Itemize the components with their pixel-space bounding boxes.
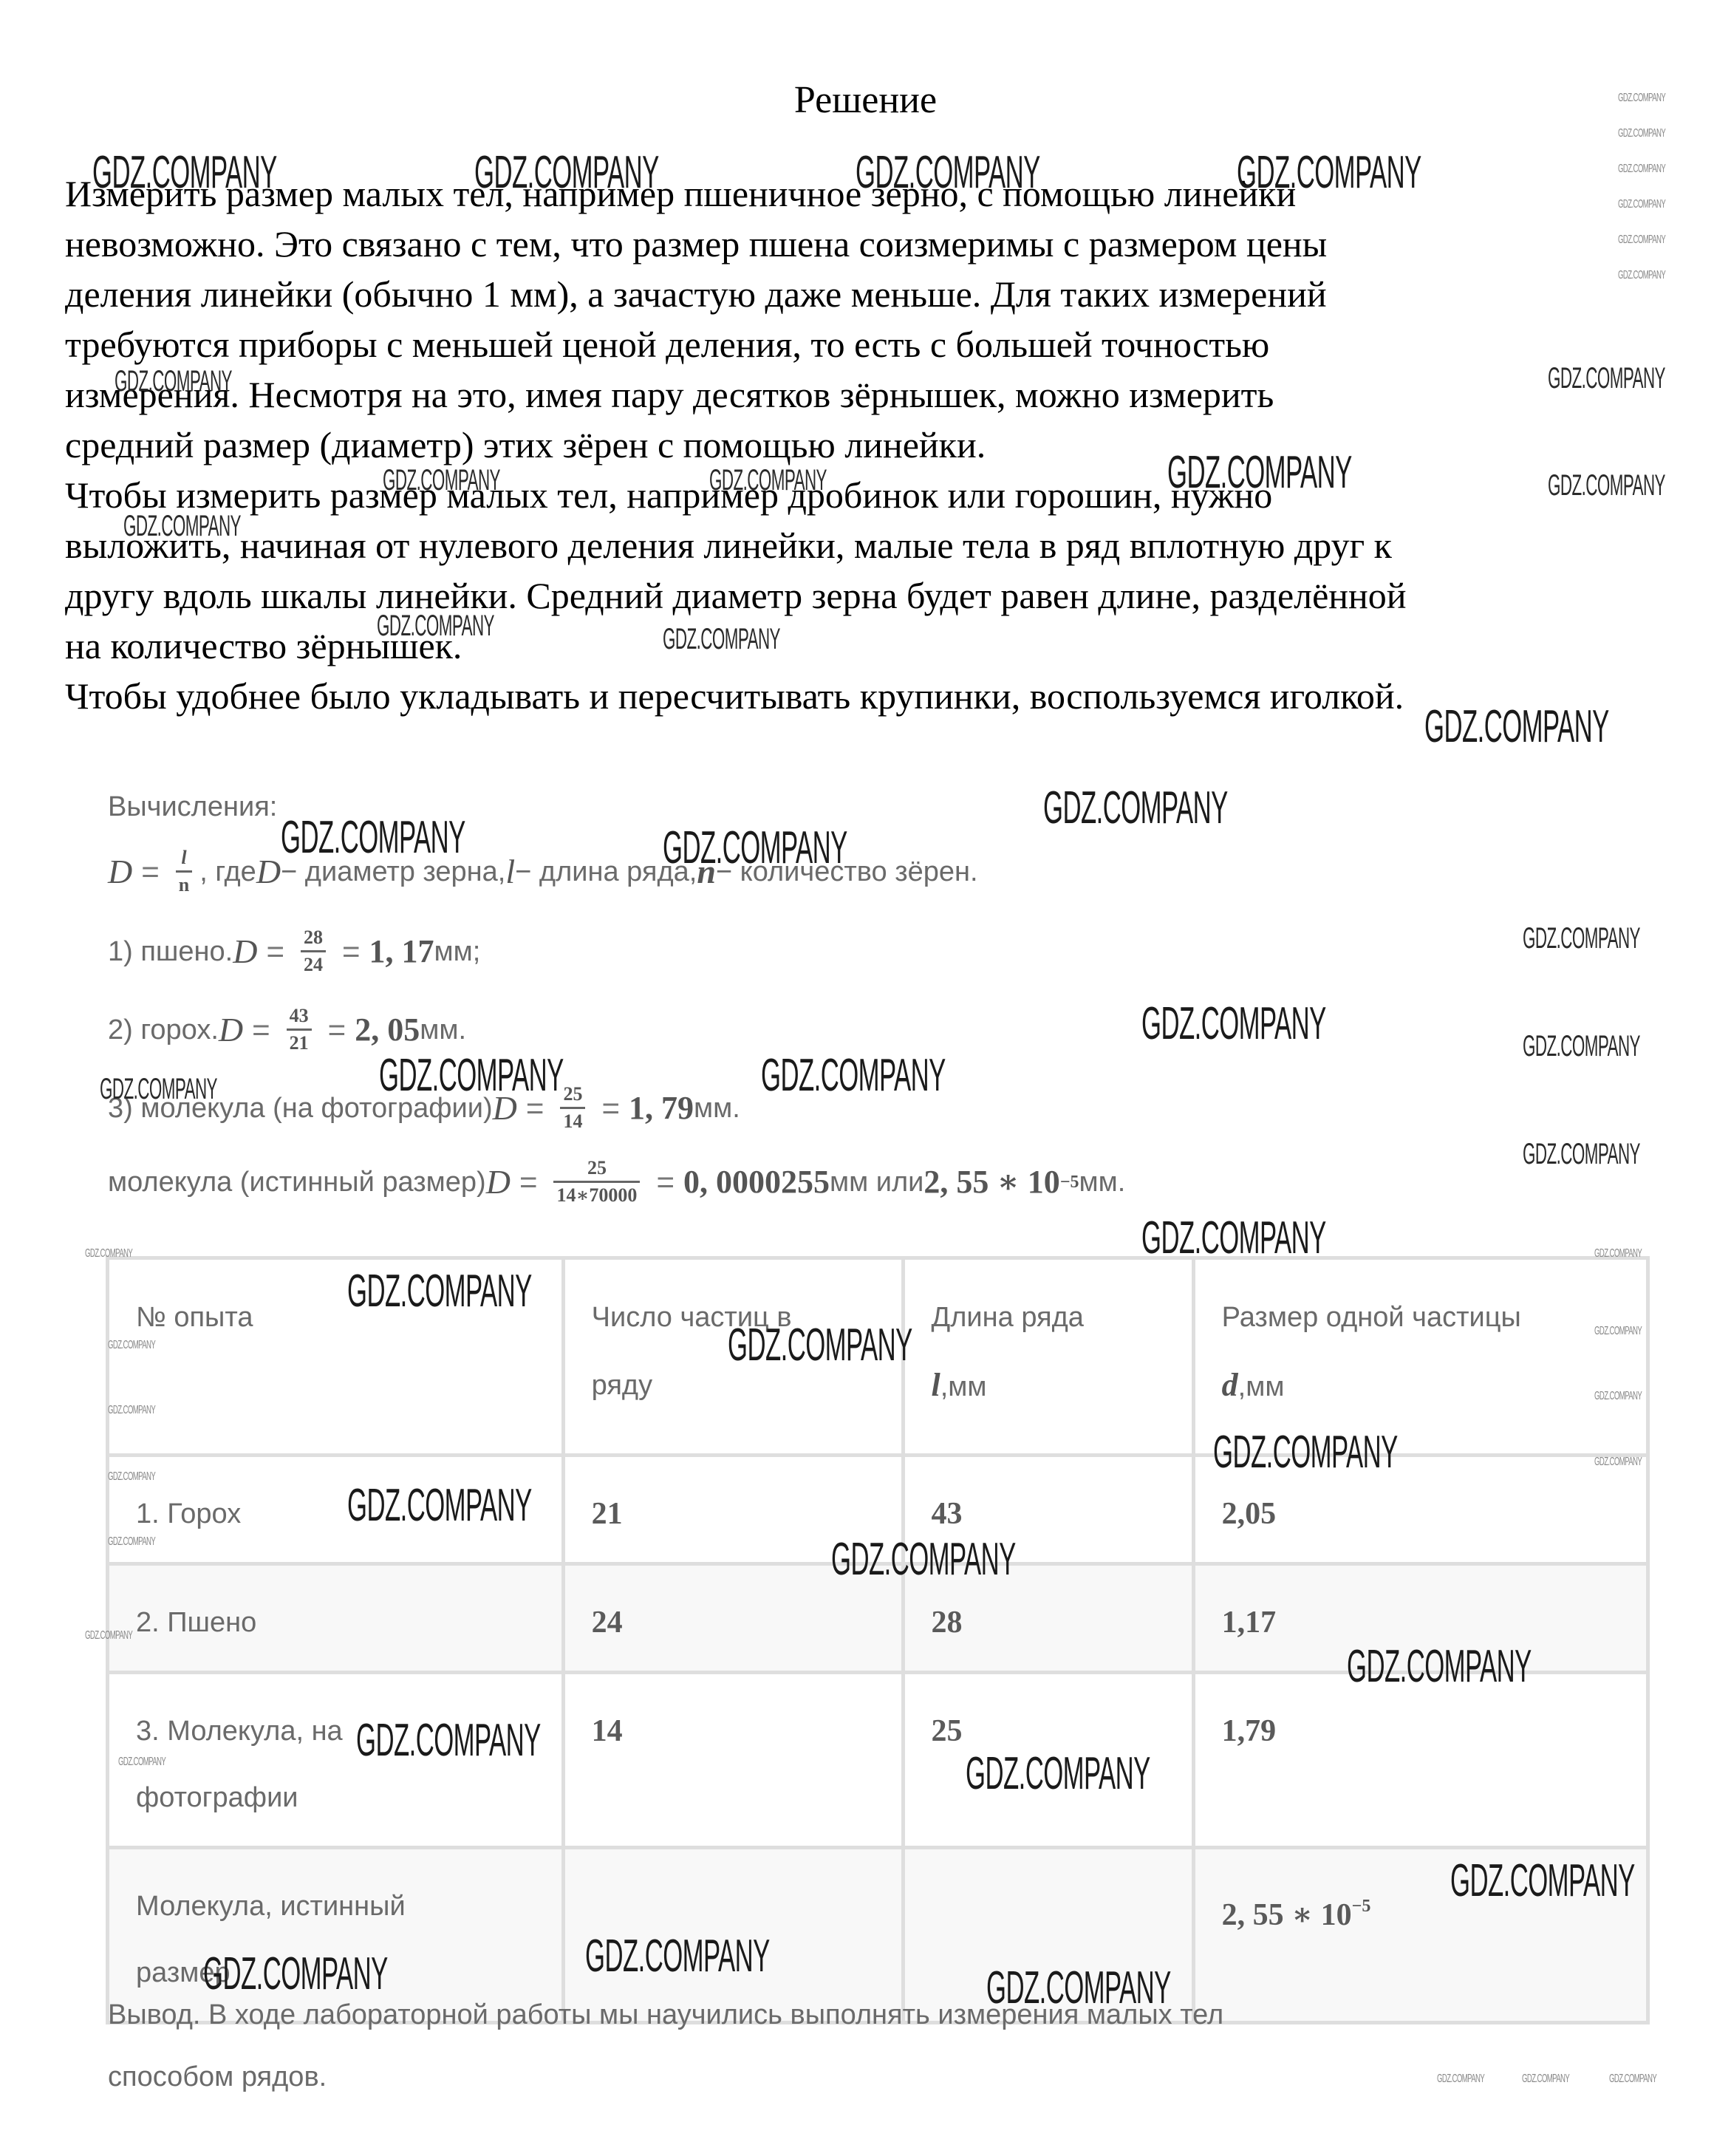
watermark: GDZ.COMPANY bbox=[281, 811, 465, 864]
paragraph-line: деления линейки (обычно 1 мм), а зачасту… bbox=[65, 272, 1327, 316]
paragraph-line: Чтобы измерить размер малых тел, наприме… bbox=[65, 473, 1272, 517]
watermark: GDZ.COMPANY bbox=[1523, 1030, 1640, 1063]
cell-size: 1,79 bbox=[1193, 1673, 1648, 1848]
watermark: GDZ.COMPANY bbox=[108, 1470, 155, 1484]
watermark: GDZ.COMPANY bbox=[1609, 2073, 1656, 2086]
watermark: GDZ.COMPANY bbox=[383, 464, 500, 497]
watermark: GDZ.COMPANY bbox=[1594, 1325, 1642, 1338]
watermark: GDZ.COMPANY bbox=[1043, 782, 1228, 834]
watermark: GDZ.COMPANY bbox=[347, 1479, 532, 1532]
watermark: GDZ.COMPANY bbox=[663, 623, 780, 656]
watermark: GDZ.COMPANY bbox=[831, 1533, 1016, 1586]
fraction: 43 21 bbox=[287, 1006, 312, 1053]
watermark: GDZ.COMPANY bbox=[663, 822, 847, 874]
watermark: GDZ.COMPANY bbox=[1141, 997, 1326, 1050]
calculations-heading: Вычисления: bbox=[108, 789, 277, 825]
conclusion-line: способом рядов. bbox=[108, 2059, 327, 2095]
watermark: GDZ.COMPANY bbox=[728, 1319, 912, 1371]
paragraph-line: невозможно. Это связано с тем, что разме… bbox=[65, 222, 1327, 266]
watermark: GDZ.COMPANY bbox=[1523, 1138, 1640, 1171]
paragraph-line: другу вдоль шкалы линейки. Средний диаме… bbox=[65, 573, 1407, 618]
watermark: GDZ.COMPANY bbox=[1618, 163, 1665, 176]
watermark: GDZ.COMPANY bbox=[1548, 362, 1665, 395]
watermark: GDZ.COMPANY bbox=[1141, 1212, 1326, 1264]
watermark: GDZ.COMPANY bbox=[1618, 127, 1665, 140]
paragraph-line: выложить, начиная от нулевого деления ли… bbox=[65, 523, 1392, 567]
watermark: GDZ.COMPANY bbox=[986, 1962, 1171, 2014]
watermark: GDZ.COMPANY bbox=[966, 1747, 1150, 1800]
header-row-length: Длина ряда l,мм bbox=[903, 1258, 1193, 1456]
watermark: GDZ.COMPANY bbox=[709, 464, 827, 497]
watermark: GDZ.COMPANY bbox=[1594, 1247, 1642, 1260]
calc-item-millet: 1) пшено. D = 28 24 = 1, 17 мм; bbox=[108, 928, 480, 975]
watermark: GDZ.COMPANY bbox=[1618, 269, 1665, 282]
formula-definition: D = l n , где D − диаметр зерна, l − дли… bbox=[108, 848, 978, 895]
watermark: GDZ.COMPANY bbox=[1594, 1390, 1642, 1403]
watermark: GDZ.COMPANY bbox=[1450, 1855, 1635, 1907]
paragraph-line: Чтобы удобнее было укладывать и пересчит… bbox=[65, 674, 1404, 718]
solution-page: Решение Измерить размер малых тел, напри… bbox=[0, 0, 1731, 2156]
watermark: GDZ.COMPANY bbox=[585, 1930, 770, 1982]
watermark: GDZ.COMPANY bbox=[100, 1073, 217, 1106]
watermark: GDZ.COMPANY bbox=[1618, 198, 1665, 211]
paragraph-line: требуются приборы с меньшей ценой делени… bbox=[65, 322, 1269, 366]
watermark: GDZ.COMPANY bbox=[1213, 1426, 1398, 1478]
watermark: GDZ.COMPANY bbox=[1424, 700, 1609, 753]
fraction: l n bbox=[176, 848, 192, 895]
calc-item-molecule-true: молекула (истинный размер) D = 25 14∗700… bbox=[108, 1159, 1125, 1205]
watermark: GDZ.COMPANY bbox=[118, 1756, 165, 1769]
watermark: GDZ.COMPANY bbox=[1618, 233, 1665, 247]
fraction: 25 14 bbox=[560, 1085, 585, 1131]
calc-item-peas: 2) горох. D = 43 21 = 2, 05 мм. bbox=[108, 1006, 466, 1053]
watermark: GDZ.COMPANY bbox=[85, 1629, 132, 1642]
watermark: GDZ.COMPANY bbox=[1594, 1456, 1642, 1469]
watermark: GDZ.COMPANY bbox=[377, 610, 494, 643]
watermark: GDZ.COMPANY bbox=[1237, 146, 1421, 199]
cell-count: 14 bbox=[563, 1673, 903, 1848]
table-row: 3. Молекула, на фотографии 14 25 1,79 bbox=[108, 1673, 1648, 1848]
watermark: GDZ.COMPANY bbox=[85, 1247, 132, 1260]
watermark: GDZ.COMPANY bbox=[1167, 446, 1352, 499]
watermark: GDZ.COMPANY bbox=[1522, 2073, 1569, 2086]
watermark: GDZ.COMPANY bbox=[1548, 469, 1665, 502]
watermark: GDZ.COMPANY bbox=[108, 1339, 155, 1352]
watermark: GDZ.COMPANY bbox=[203, 1948, 388, 2000]
watermark: GDZ.COMPANY bbox=[379, 1049, 564, 1102]
watermark: GDZ.COMPANY bbox=[123, 510, 241, 543]
watermark: GDZ.COMPANY bbox=[347, 1265, 532, 1317]
paragraph-line: средний размер (диаметр) этих зёрен с по… bbox=[65, 423, 986, 467]
watermark: GDZ.COMPANY bbox=[1347, 1640, 1532, 1693]
fraction: 28 24 bbox=[301, 928, 326, 975]
watermark: GDZ.COMPANY bbox=[108, 1404, 155, 1417]
watermark: GDZ.COMPANY bbox=[1618, 92, 1665, 105]
watermark: GDZ.COMPANY bbox=[115, 365, 232, 398]
fraction: 25 14∗70000 bbox=[553, 1159, 640, 1205]
watermark: GDZ.COMPANY bbox=[761, 1049, 946, 1102]
watermark: GDZ.COMPANY bbox=[356, 1714, 541, 1767]
paragraph-line: измерения. Несмотря на это, имея пару де… bbox=[65, 372, 1274, 417]
watermark: GDZ.COMPANY bbox=[108, 1535, 155, 1549]
watermark: GDZ.COMPANY bbox=[474, 146, 659, 199]
watermark: GDZ.COMPANY bbox=[1523, 922, 1640, 955]
watermark: GDZ.COMPANY bbox=[92, 146, 277, 199]
watermark: GDZ.COMPANY bbox=[856, 146, 1040, 199]
watermark: GDZ.COMPANY bbox=[1437, 2073, 1484, 2086]
page-title: Решение bbox=[0, 78, 1731, 123]
cell-name: 2. Пшено bbox=[108, 1564, 564, 1673]
